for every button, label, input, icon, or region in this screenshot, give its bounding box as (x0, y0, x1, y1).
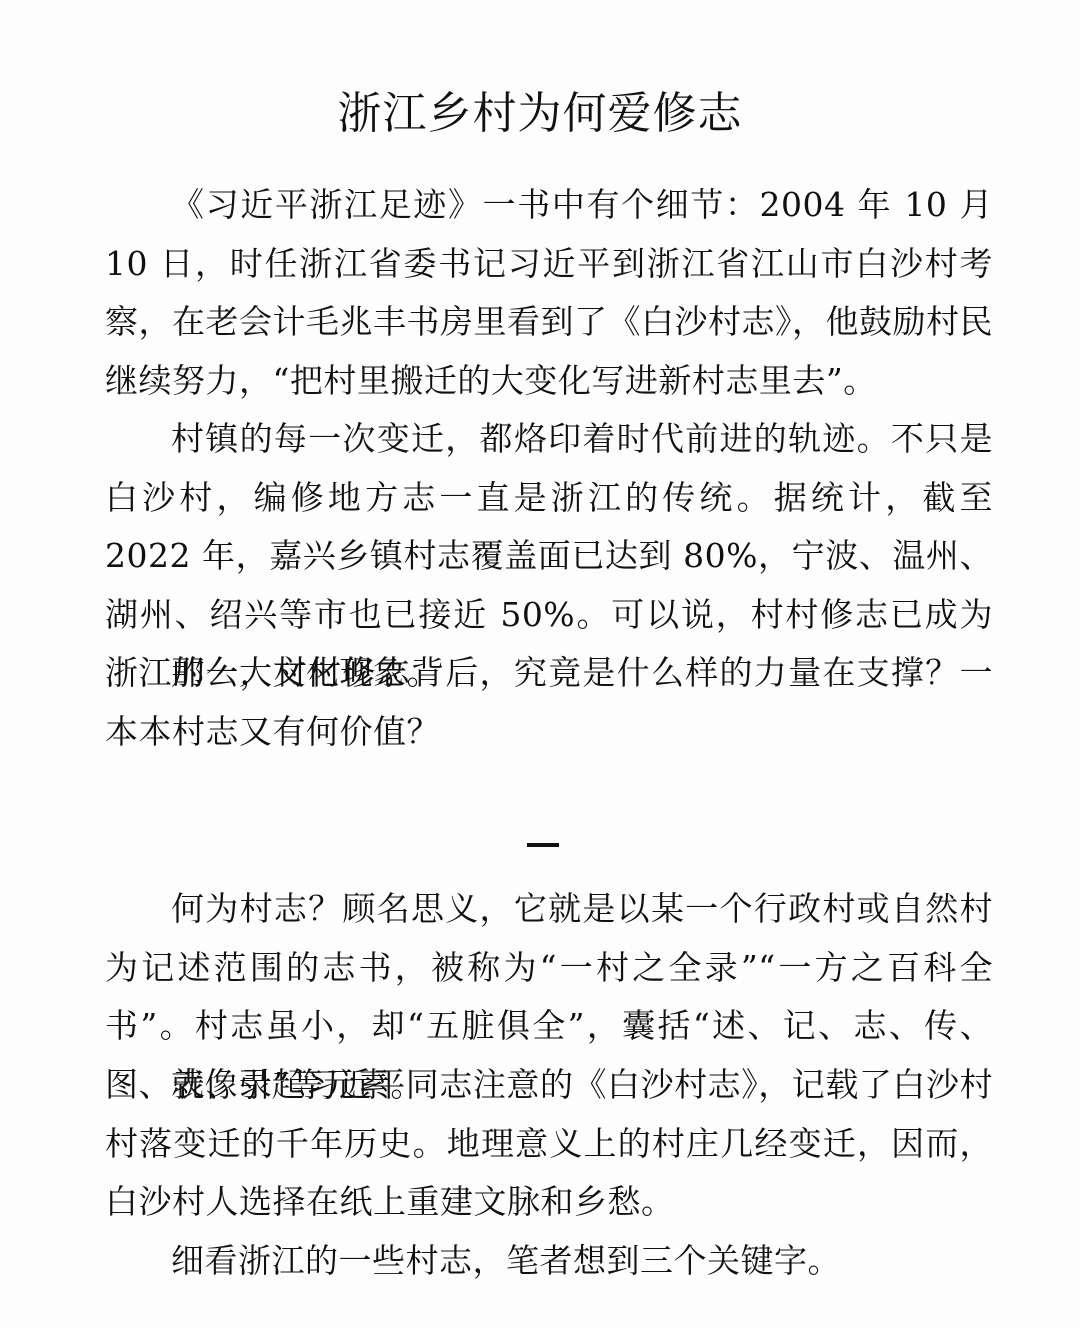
paragraph-section1-3: 细看浙江的一些村志，笔者想到三个关键字。 (105, 1232, 993, 1291)
paragraph-intro-1: 《习近平浙江足迹》一书中有个细节：2004 年 10 月 10 日，时任浙江省委… (105, 176, 993, 410)
paragraph-block-3: 那么，村村修志背后，究竟是什么样的力量在支撑？一本本村志又有何价值？ (105, 644, 993, 761)
section-marker-one: 一 (527, 843, 559, 847)
paragraph-section1-2: 就像引起习近平同志注意的《白沙村志》，记载了白沙村村落变迁的千年历史。地理意义上… (105, 1056, 993, 1232)
document-page: 浙江乡村为何爱修志 《习近平浙江足迹》一书中有个细节：2004 年 10 月 1… (0, 0, 1080, 1327)
paragraph-block-5: 就像引起习近平同志注意的《白沙村志》，记载了白沙村村落变迁的千年历史。地理意义上… (105, 1056, 993, 1232)
article-title: 浙江乡村为何爱修志 (0, 84, 1080, 144)
paragraph-block-1: 《习近平浙江足迹》一书中有个细节：2004 年 10 月 10 日，时任浙江省委… (105, 176, 993, 410)
paragraph-intro-3: 那么，村村修志背后，究竟是什么样的力量在支撑？一本本村志又有何价值？ (105, 644, 993, 761)
paragraph-block-6: 细看浙江的一些村志，笔者想到三个关键字。 (105, 1232, 993, 1291)
